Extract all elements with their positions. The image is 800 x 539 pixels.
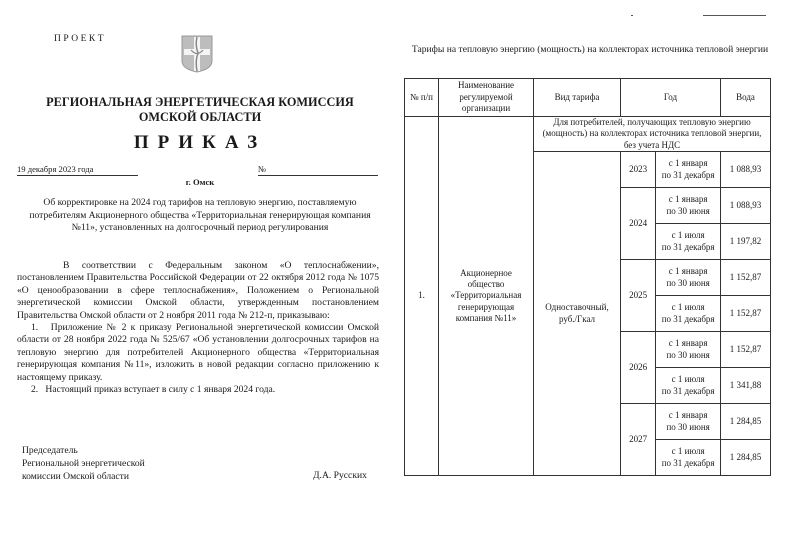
period-end: по 31 декабря (659, 170, 717, 181)
coat-of-arms-icon (181, 35, 213, 73)
period-end: по 31 декабря (659, 386, 717, 397)
tariff-value: 1 341,88 (721, 368, 771, 404)
tariff-value: 1 284,85 (721, 440, 771, 476)
document-subject: Об корректировке на 2024 год тарифов на … (20, 197, 380, 235)
period-start: с 1 января (659, 338, 717, 349)
period-cell: с 1 июляпо 31 декабря (656, 224, 721, 260)
tariff-value: 1 088,93 (721, 152, 771, 188)
period-end: по 30 июня (659, 278, 717, 289)
period-cell: с 1 январяпо 30 июня (656, 260, 721, 296)
signature-line: Региональной энергетической (22, 457, 145, 470)
order-item-1: 1. Приложение № 2 к приказу Региональной… (17, 322, 379, 384)
period-cell: с 1 январяпо 30 июня (656, 404, 721, 440)
period-start: с 1 июля (659, 302, 717, 313)
organization-line-2: ОМСКОЙ ОБЛАСТИ (0, 110, 400, 125)
document-city: г. Омск (0, 177, 400, 187)
period-cell: с 1 январяпо 31 декабря (656, 152, 721, 188)
header-organization: Наименование регулируемой организации (439, 79, 534, 117)
year-cell: 2026 (621, 332, 656, 404)
tariff-table: № п/п Наименование регулируемой организа… (404, 78, 771, 476)
header-water: Вода (721, 79, 771, 117)
period-cell: с 1 июляпо 31 декабря (656, 440, 721, 476)
tariff-value: 1 152,87 (721, 332, 771, 368)
signature-position: Председатель Региональной энергетической… (22, 444, 145, 483)
margin-line (703, 15, 766, 16)
tariff-value: 1 152,87 (721, 260, 771, 296)
period-cell: с 1 январяпо 30 июня (656, 332, 721, 368)
year-cell: 2025 (621, 260, 656, 332)
year-cell: 2027 (621, 404, 656, 476)
tariff-value: 1 088,93 (721, 188, 771, 224)
period-start: с 1 июля (659, 230, 717, 241)
consumer-category: Для потребителей, получающих тепловую эн… (534, 117, 771, 152)
tariff-value: 1 152,87 (721, 296, 771, 332)
signature-line: Председатель (22, 444, 145, 457)
tariff-value: 1 197,82 (721, 224, 771, 260)
period-cell: с 1 июляпо 31 декабря (656, 296, 721, 332)
table-title: Тарифы на тепловую энергию (мощность) на… (404, 44, 776, 57)
document-type: ПРИКАЗ (0, 132, 400, 154)
organization-heading: РЕГИОНАЛЬНАЯ ЭНЕРГЕТИЧЕСКАЯ КОМИССИЯ ОМС… (0, 95, 400, 125)
tariff-type: Одноставочный, руб./Гкал (534, 152, 621, 476)
period-start: с 1 января (659, 410, 717, 421)
period-start: с 1 января (659, 266, 717, 277)
period-cell: с 1 июляпо 31 декабря (656, 368, 721, 404)
period-start: с 1 января (659, 158, 717, 169)
year-cell: 2023 (621, 152, 656, 188)
period-start: с 1 июля (659, 446, 717, 457)
order-item-2: 2. Настоящий приказ вступает в силу с 1 … (17, 384, 379, 396)
margin-mark (631, 15, 633, 16)
header-number: № п/п (405, 79, 439, 117)
signature-name: Д.А. Русских (313, 470, 367, 481)
period-end: по 30 июня (659, 350, 717, 361)
signature-line: комиссии Омской области (22, 470, 145, 483)
table-header-row: № п/п Наименование регулируемой организа… (405, 79, 771, 117)
year-cell: 2024 (621, 188, 656, 260)
organization-line-1: РЕГИОНАЛЬНАЯ ЭНЕРГЕТИЧЕСКАЯ КОМИССИЯ (0, 95, 400, 110)
row-number: 1. (405, 117, 439, 476)
period-end: по 31 декабря (659, 314, 717, 325)
header-tariff-type: Вид тарифа (534, 79, 621, 117)
period-cell: с 1 январяпо 30 июня (656, 188, 721, 224)
draft-label: ПРОЕКТ (54, 34, 106, 44)
document-body: В соответствии с Федеральным законом «О … (17, 260, 379, 396)
tariff-value: 1 284,85 (721, 404, 771, 440)
period-end: по 30 июня (659, 206, 717, 217)
period-start: с 1 января (659, 194, 717, 205)
document-number: № (258, 164, 378, 176)
period-end: по 30 июня (659, 422, 717, 433)
table-row: 1.Акционерное общество «Территориальная … (405, 117, 771, 152)
organization-name: Акционерное общество «Территориальная ге… (439, 117, 534, 476)
period-end: по 31 декабря (659, 458, 717, 469)
period-start: с 1 июля (659, 374, 717, 385)
document-date: 19 декабря 2023 года (17, 164, 138, 176)
preamble: В соответствии с Федеральным законом «О … (17, 260, 379, 322)
period-end: по 31 декабря (659, 242, 717, 253)
header-year: Год (621, 79, 721, 117)
